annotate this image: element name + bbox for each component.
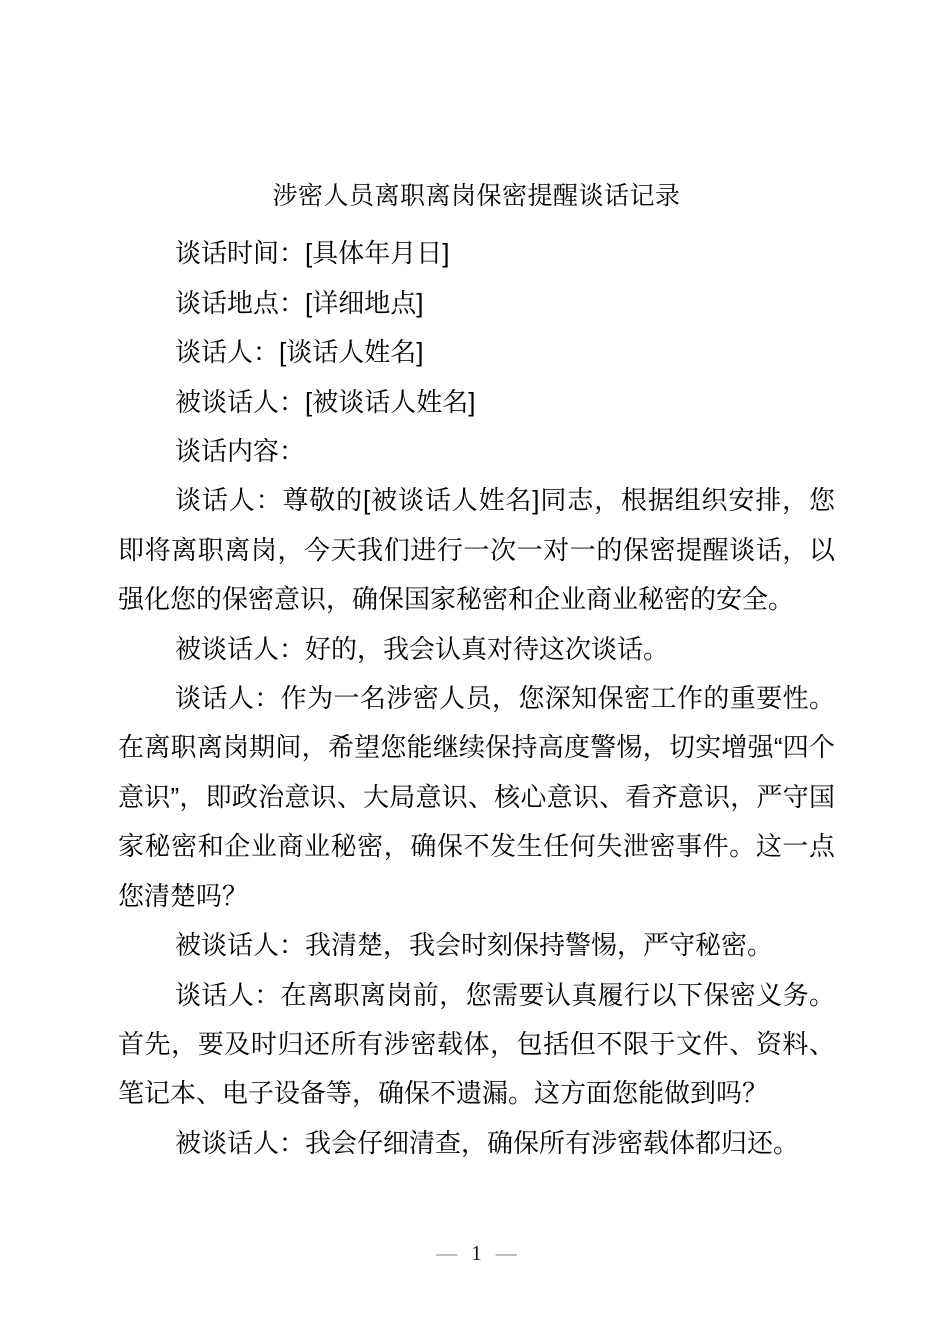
dialogue-paragraph-3: 谈话人：作为一名涉密人员，您深知保密工作的重要性。在离职离岗期间，希望您能继续保… [118,674,835,921]
footer-right-dash: — [496,1241,517,1265]
page-number: 1 [471,1241,482,1265]
document-title: 涉密人员离职离岗保密提醒谈话记录 [118,172,835,221]
document-page: 涉密人员离职离岗保密提醒谈话记录 谈话时间：[具体年月日] 谈话地点：[详细地点… [0,0,950,1344]
footer-left-dash: — [436,1241,457,1265]
field-line-talk-time: 谈话时间：[具体年月日] [118,229,835,278]
page-footer: —1— [118,1240,835,1266]
dialogue-paragraph-1: 谈话人：尊敬的[被谈话人姓名]同志，根据组织安排，您即将离职离岗，今天我们进行一… [118,476,835,624]
field-line-talk-location: 谈话地点：[详细地点] [118,279,835,328]
dialogue-paragraph-2: 被谈话人：好的，我会认真对待这次谈话。 [118,625,835,674]
dialogue-paragraph-6: 被谈话人：我会仔细清查，确保所有涉密载体都归还。 [118,1119,835,1168]
dialogue-paragraph-5: 谈话人：在离职离岗前，您需要认真履行以下保密义务。首先，要及时归还所有涉密载体，… [118,971,835,1119]
field-line-interviewer: 谈话人：[谈话人姓名] [118,328,835,377]
dialogue-paragraph-4: 被谈话人：我清楚，我会时刻保持警惕，严守秘密。 [118,921,835,970]
content-section-label: 谈话内容： [118,427,835,476]
field-line-interviewee: 被谈话人：[被谈话人姓名] [118,378,835,427]
